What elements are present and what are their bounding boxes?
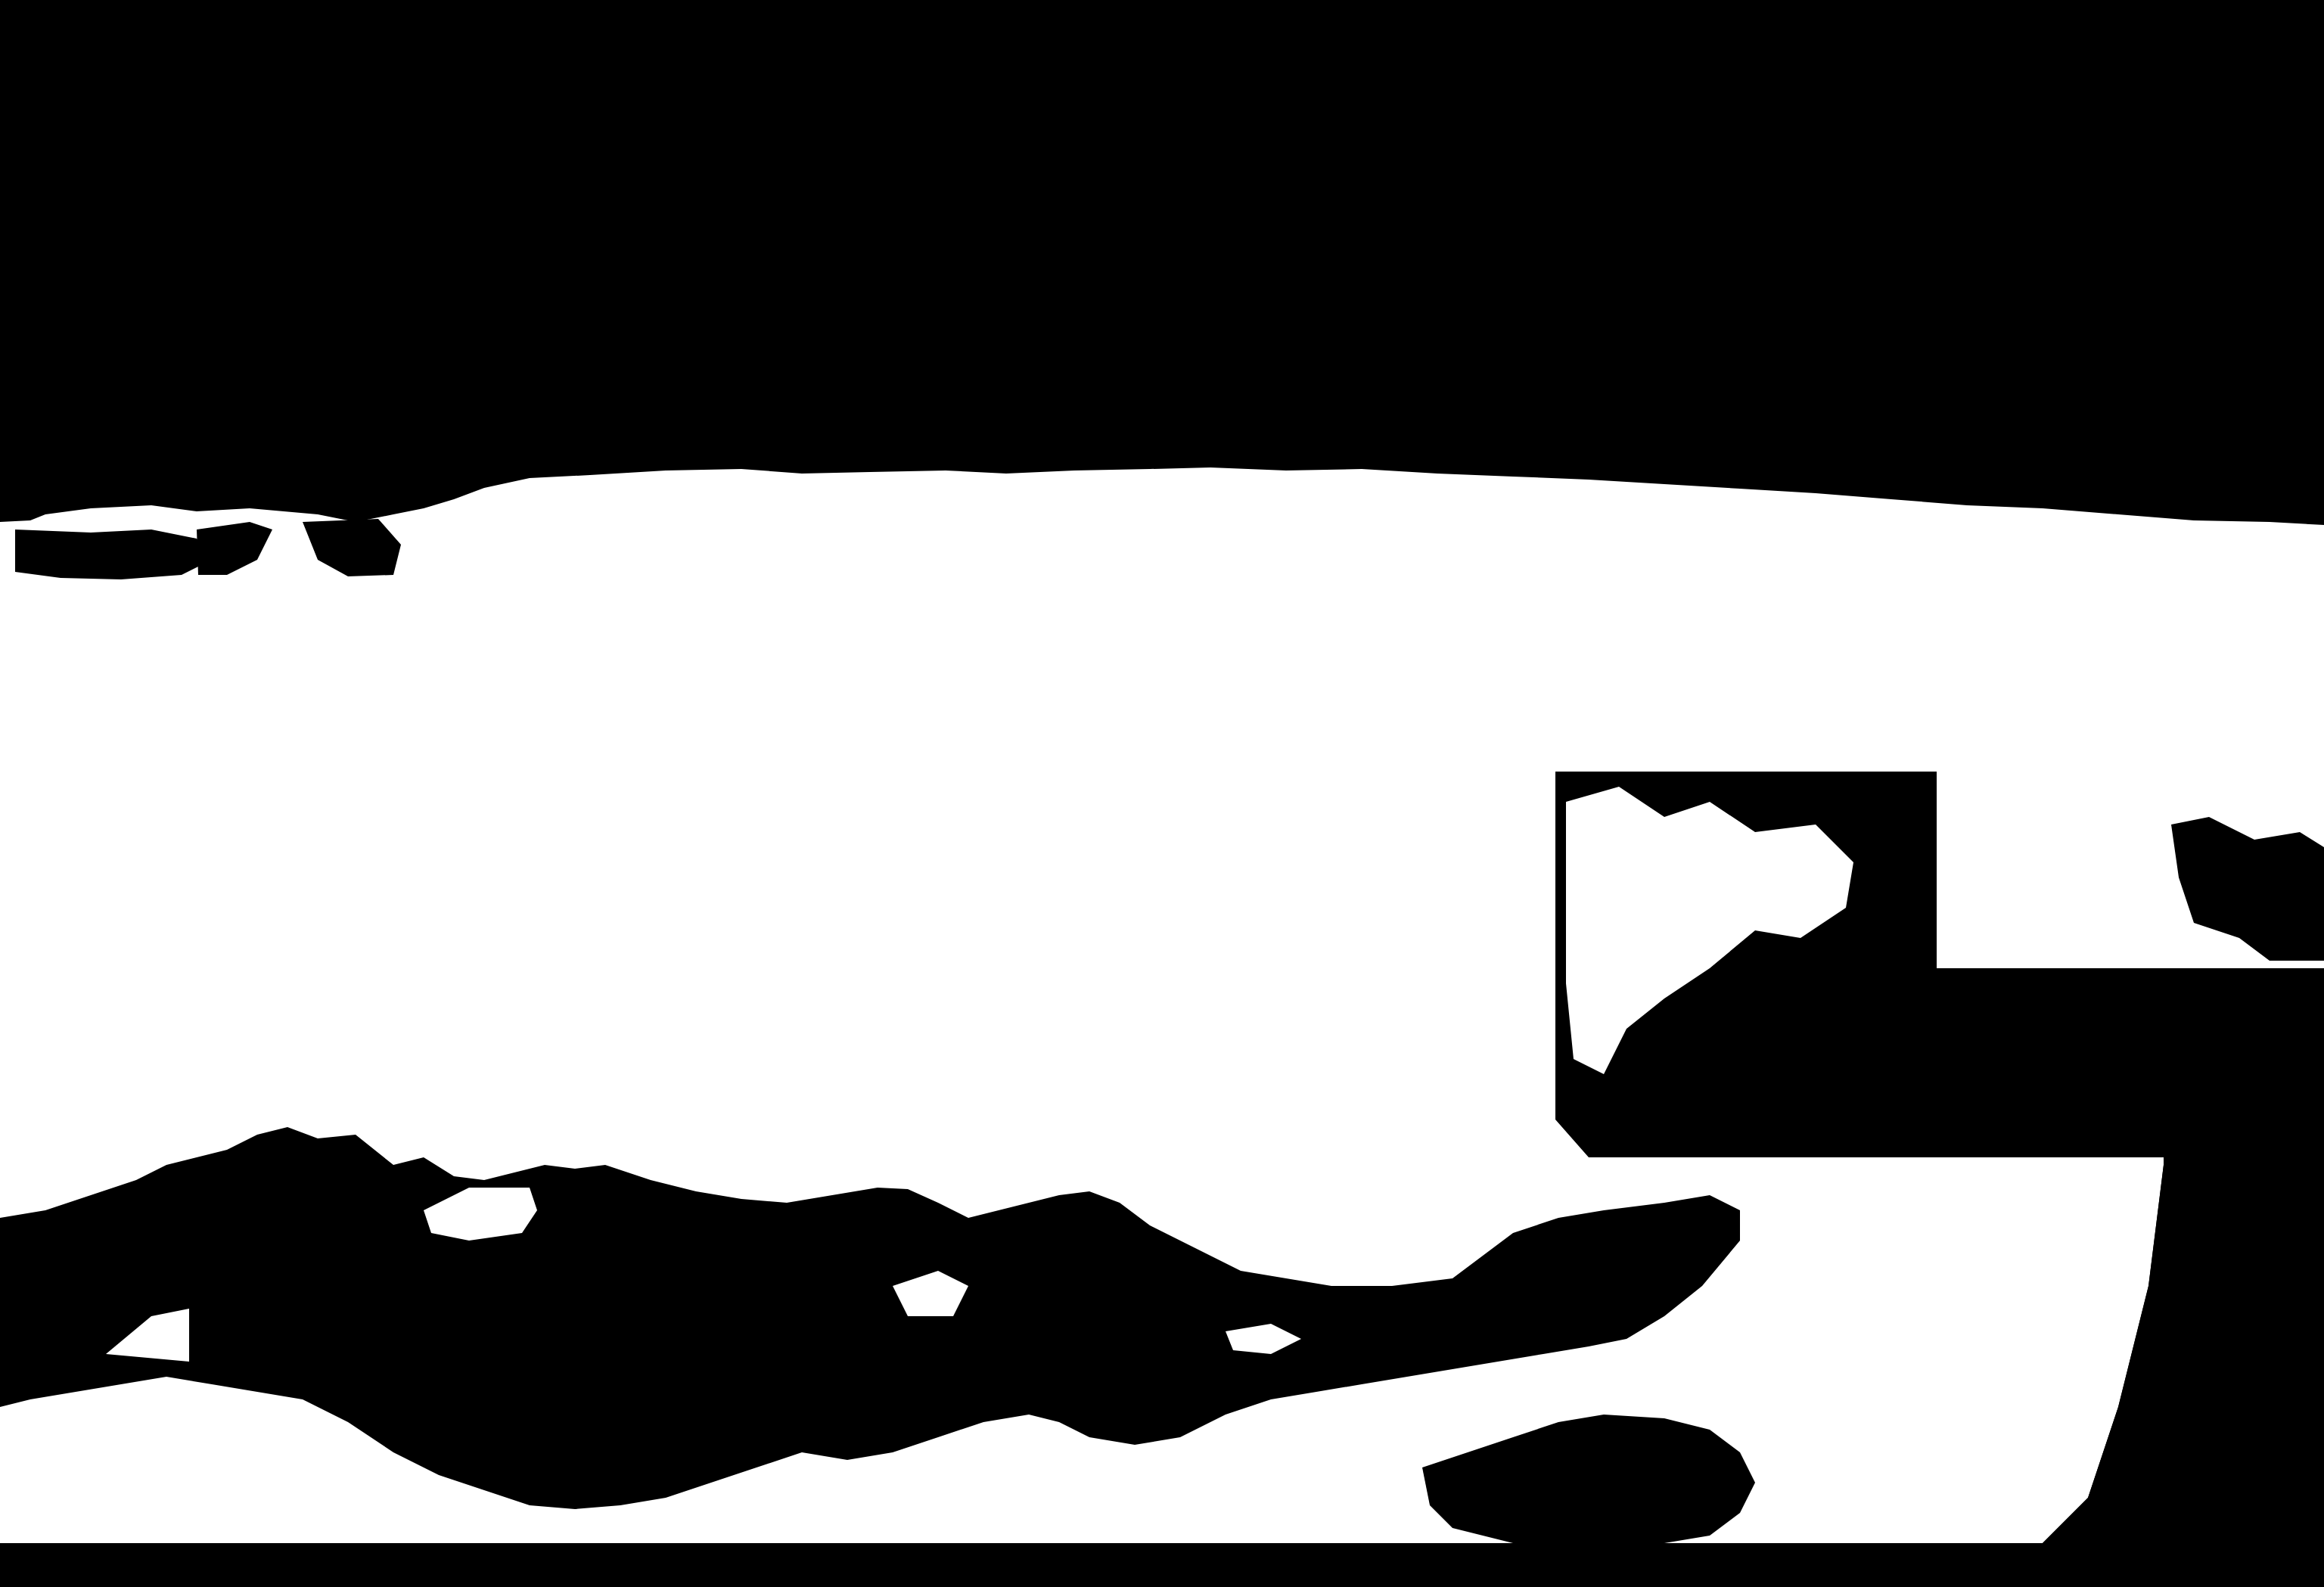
horizon-dark-patch	[15, 530, 212, 579]
landscape-image	[0, 0, 2324, 1587]
bottom-border	[0, 1543, 2324, 1587]
